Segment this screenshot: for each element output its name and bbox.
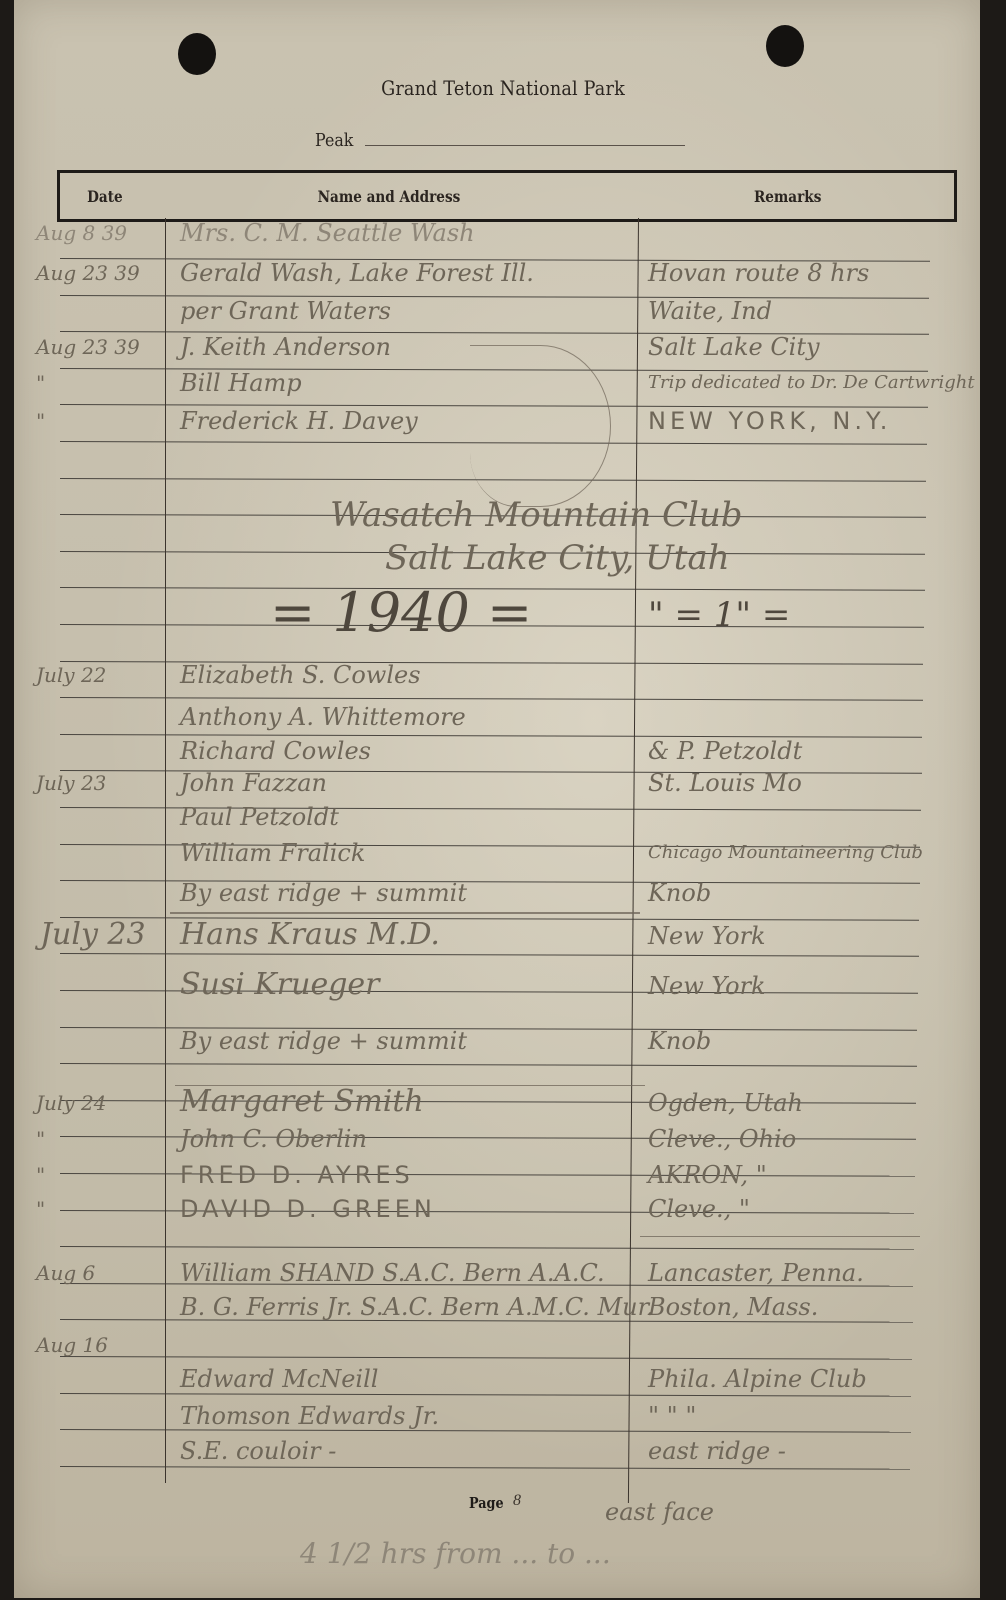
entry-remarks: Knob	[648, 881, 711, 905]
entry-date: "	[36, 411, 45, 431]
entry-date: Aug 8 39	[36, 223, 127, 243]
entry-date: "	[36, 1129, 45, 1149]
entry-remarks: Chicago Mountaineering Club	[648, 844, 923, 862]
entry-remarks: Knob	[648, 1029, 711, 1053]
entry-name: John Fazzan	[180, 771, 327, 795]
entry-remarks: AKRON, "	[648, 1163, 767, 1187]
entry-name: Paul Petzoldt	[180, 805, 339, 829]
entry-name: DAVID D. GREEN	[180, 1197, 436, 1221]
entry-name: = 1940 =	[270, 586, 532, 640]
pencil-strike-line	[170, 912, 640, 914]
entry-remarks: east ridge -	[648, 1439, 786, 1463]
entry-date: July 24	[36, 1093, 106, 1113]
entry-date: "	[36, 1165, 45, 1185]
entry-remarks: Waite, Ind	[648, 299, 772, 323]
column-divider-date	[165, 218, 166, 1483]
entry-remarks: Boston, Mass.	[648, 1295, 818, 1319]
entry-remarks: " " "	[648, 1404, 696, 1428]
bottom-note-line2: 4 1/2 hrs from ... to ...	[300, 1540, 611, 1568]
entry-name: J. Keith Anderson	[180, 335, 391, 359]
entry-date: Aug 6	[36, 1263, 95, 1283]
entry-remarks: " = 1" =	[648, 598, 790, 632]
page-number: 8	[513, 1492, 521, 1510]
entry-name: John C. Oberlin	[180, 1127, 367, 1151]
entry-name: Richard Cowles	[180, 739, 371, 763]
entry-name: By east ridge + summit	[180, 1029, 467, 1053]
entry-remarks: & P. Petzoldt	[648, 739, 802, 763]
entry-name: Thomson Edwards Jr.	[180, 1404, 439, 1428]
column-header-date: Date	[87, 187, 123, 206]
entry-remarks: Cleve., Ohio	[648, 1127, 796, 1151]
peak-field-line	[365, 145, 685, 146]
entry-remarks: New York	[648, 924, 766, 948]
entry-name: By east ridge + summit	[180, 881, 467, 905]
entry-date: July 22	[36, 665, 106, 685]
entry-remarks: St. Louis Mo	[648, 771, 802, 795]
entry-name: Elizabeth S. Cowles	[180, 663, 421, 687]
table-header: Date Name and Address Remarks	[57, 170, 957, 222]
entry-date: "	[36, 1199, 45, 1219]
punch-hole-right	[766, 25, 804, 67]
entry-date: Aug 23 39	[36, 263, 140, 283]
entry-name: S.E. couloir -	[180, 1439, 336, 1463]
entry-date: "	[36, 373, 45, 393]
document-title: Grand Teton National Park	[60, 76, 945, 100]
column-header-remarks: Remarks	[754, 187, 821, 206]
entry-remarks: Ogden, Utah	[648, 1091, 803, 1115]
entry-remarks: Salt Lake City	[648, 335, 820, 359]
entry-name: Mrs. C. M. Seattle Wash	[180, 221, 475, 245]
entry-remarks: New York	[648, 974, 766, 998]
entry-remarks: Hovan route 8 hrs	[648, 261, 869, 285]
pencil-strike-line	[640, 1236, 920, 1237]
entry-name: Margaret Smith	[180, 1087, 424, 1117]
entry-name: Bill Hamp	[180, 371, 302, 395]
entry-remarks: Cleve., "	[648, 1197, 750, 1221]
entry-name: per Grant Waters	[180, 299, 391, 323]
punch-hole-left	[178, 33, 216, 75]
entry-name: Gerald Wash, Lake Forest Ill.	[180, 261, 534, 285]
entry-remarks: NEW YORK, N.Y.	[648, 409, 891, 433]
entry-name: Salt Lake City, Utah	[385, 541, 730, 575]
entry-name: William Fralick	[180, 841, 365, 865]
entry-remarks: Phila. Alpine Club	[648, 1367, 867, 1391]
entry-name: Anthony A. Whittemore	[180, 705, 466, 729]
entry-name: William SHAND S.A.C. Bern A.A.C.	[180, 1261, 605, 1285]
entry-name: Wasatch Mountain Club	[330, 498, 743, 532]
entry-name: B. G. Ferris Jr. S.A.C. Bern A.M.C. Mur.	[180, 1295, 654, 1319]
entry-date: Aug 16	[36, 1335, 108, 1355]
entry-name: Susi Krueger	[180, 970, 380, 1000]
page-label: Page	[469, 1494, 504, 1512]
pencil-bracket-mark	[470, 345, 611, 507]
entry-remarks: Trip dedicated to Dr. De Cartwright	[648, 374, 975, 392]
entry-name: Frederick H. Davey	[180, 409, 418, 433]
entry-date: July 23	[36, 773, 106, 793]
entry-date: Aug 23 39	[36, 337, 140, 357]
entry-date: July 23	[40, 920, 146, 950]
entry-name: FRED D. AYRES	[180, 1163, 414, 1187]
column-header-name: Name and Address	[318, 187, 461, 206]
peak-label: Peak	[315, 130, 353, 151]
entry-remarks: Lancaster, Penna.	[648, 1261, 864, 1285]
bottom-note-line1: east face	[605, 1500, 714, 1524]
entry-name: Hans Kraus M.D.	[180, 920, 440, 950]
entry-name: Edward McNeill	[180, 1367, 378, 1391]
